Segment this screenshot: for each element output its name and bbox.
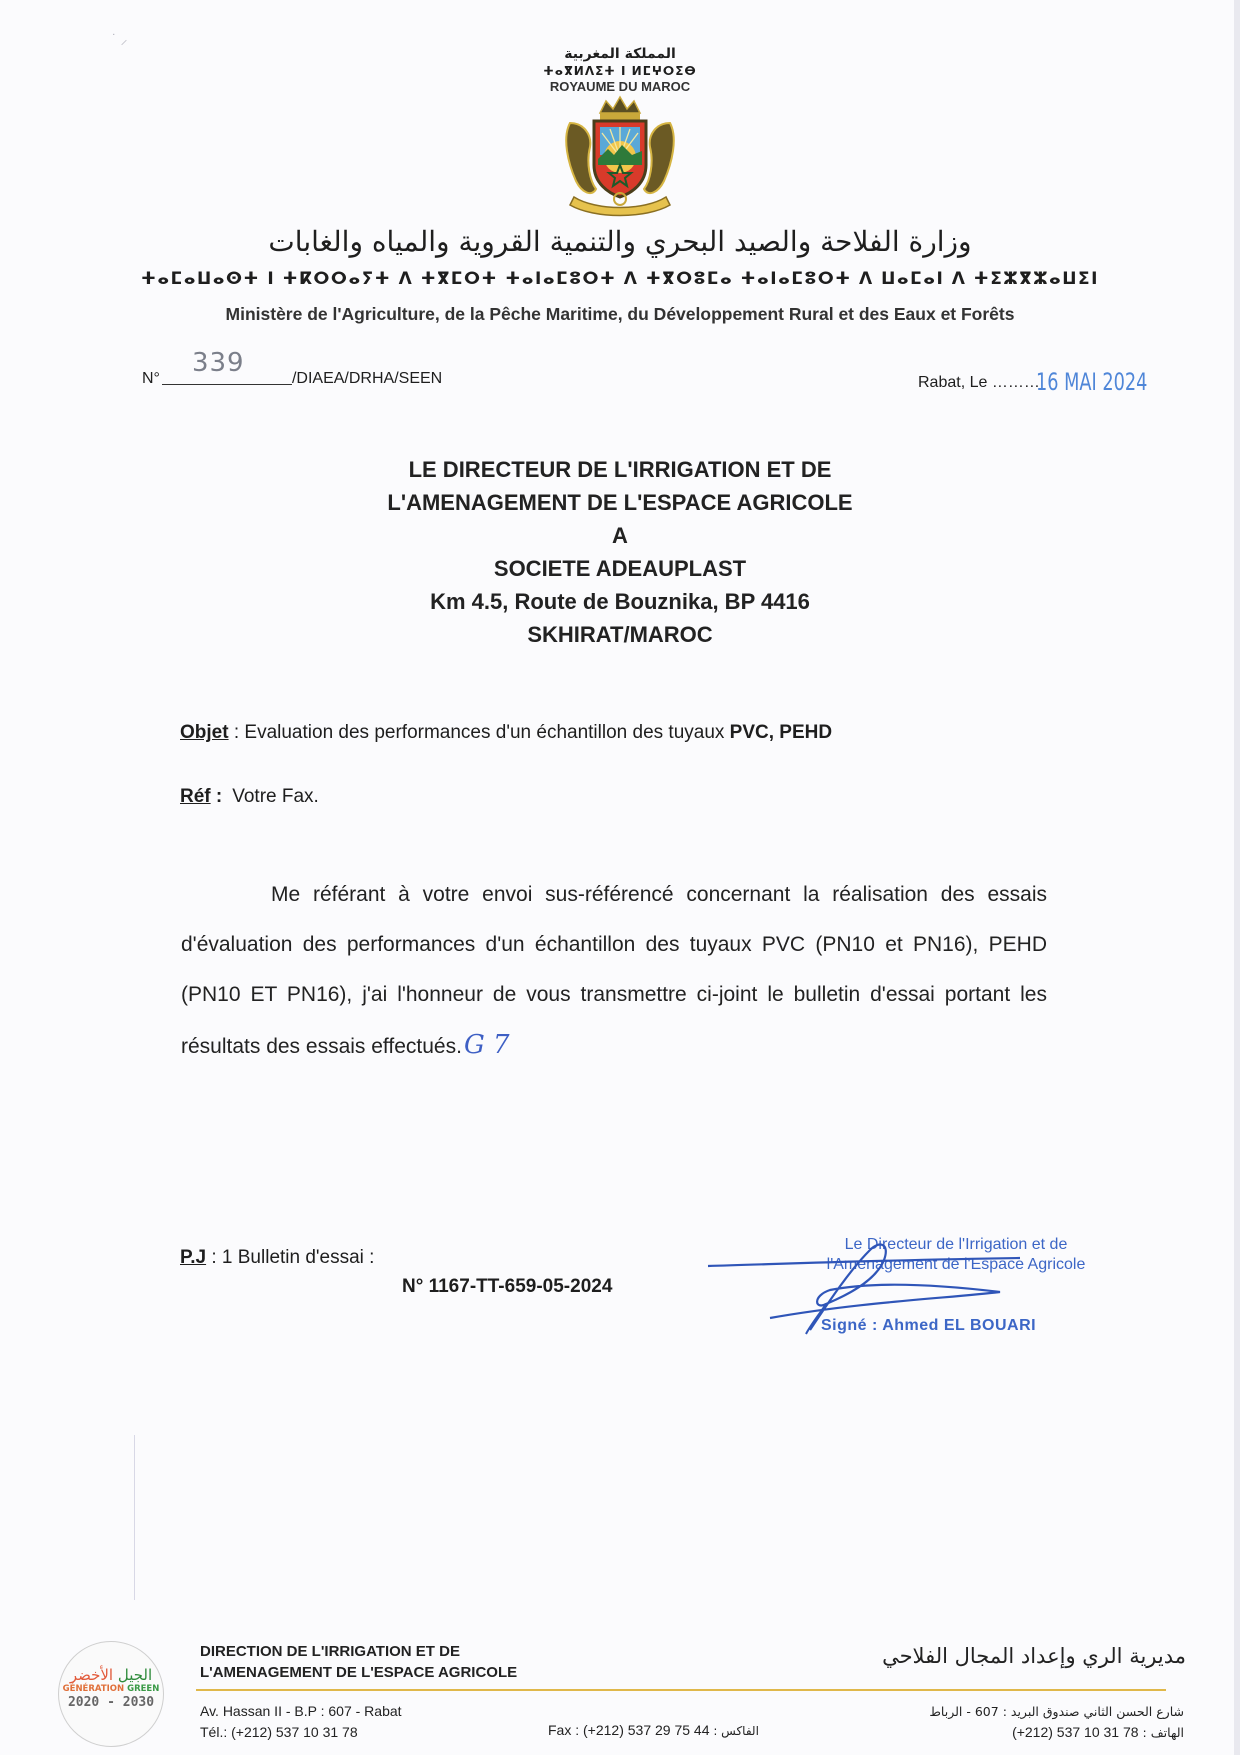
- ministry-french: Ministère de l'Agriculture, de la Pêche …: [0, 303, 1240, 325]
- ref-line: Réf :Votre Fax.: [180, 786, 319, 808]
- logo-generation: GÉNÉRATION: [63, 1684, 127, 1694]
- letter-body: Me référant à votre envoi sus-référencé …: [181, 870, 1047, 1072]
- attachment-line: P.J : 1 Bulletin d'essai :: [180, 1247, 374, 1269]
- addressee-line: LE DIRECTEUR DE L'IRRIGATION ET DE: [0, 453, 1240, 486]
- reference-handwritten-number: 339: [192, 348, 245, 378]
- subject-separator: :: [229, 722, 245, 743]
- footer-title-line: L'AMENAGEMENT DE L'ESPACE AGRICOLE: [200, 1662, 517, 1683]
- subject-bold-text: PVC, PEHD: [730, 722, 832, 743]
- kingdom-header: المملكة المغربية ⵜⴰⴳⵍⴷⵉⵜ ⵏ ⵍⵎⵖⵔⵉⴱ ROYAUM…: [0, 46, 1240, 95]
- logo-arabic-red: الأخضر: [70, 1666, 113, 1684]
- footer-title-line: DIRECTION DE L'IRRIGATION ET DE: [200, 1641, 517, 1662]
- footer-telephone-arabic-number: (+212) 537 10 31 78: [1012, 1724, 1139, 1740]
- moroccan-coat-of-arms-icon: [556, 93, 684, 221]
- footer-telephone-arabic-label: الهاتف :: [1139, 1725, 1184, 1740]
- addressee-line: SKHIRAT/MAROC: [0, 618, 1240, 651]
- footer-telephone-arabic: الهاتف : (+212) 537 10 31 78: [820, 1722, 1184, 1743]
- footer-address-arabic: شارع الحسن الثاني صندوق البريد : 607 - ا…: [820, 1701, 1184, 1743]
- reference-blank: 339: [162, 368, 292, 385]
- subject-line: Objet : Evaluation des performances d'un…: [180, 722, 832, 744]
- addressee-line: SOCIETE ADEAUPLAST: [0, 552, 1240, 585]
- generation-green-logo: الجيل الأخضر GÉNÉRATION GREEN 2020 - 203…: [58, 1641, 164, 1747]
- footer-divider: [196, 1689, 1166, 1691]
- scan-artifact-line: [134, 1435, 135, 1600]
- subject-label: Objet: [180, 722, 229, 743]
- logo-generation-green: GÉNÉRATION GREEN: [59, 1684, 163, 1695]
- logo-arabic-green: الجيل: [113, 1666, 152, 1684]
- attachment-label: P.J: [180, 1247, 206, 1268]
- footer-direction-title: DIRECTION DE L'IRRIGATION ET DE L'AMENAG…: [200, 1641, 517, 1683]
- date-stamp: 16 MAI 2024: [1036, 368, 1147, 396]
- ministry-arabic: وزارة الفلاحة والصيد البحري والتنمية الق…: [0, 224, 1240, 260]
- signature-block: Le Directeur de l'Irrigation et de l'Amé…: [700, 1230, 1100, 1350]
- footer-fax-arabic-label: : الفاكس: [710, 1724, 759, 1738]
- body-paragraph: Me référant à votre envoi sus-référencé …: [181, 883, 1047, 1058]
- date-prefix: Rabat, Le ………: [918, 374, 1040, 391]
- attachment-text: : 1 Bulletin d'essai :: [206, 1247, 374, 1268]
- kingdom-arabic: المملكة المغربية: [0, 46, 1240, 63]
- scan-edge: [1234, 0, 1240, 1755]
- footer-fax: Fax : (+212) 537 29 75 44 : الفاكس: [548, 1722, 759, 1738]
- attachment-number: N° 1167-TT-659-05-2024: [402, 1276, 612, 1298]
- footer-telephone: Tél.: (+212) 537 10 31 78: [200, 1722, 402, 1743]
- addressee-block: LE DIRECTEUR DE L'IRRIGATION ET DE L'AME…: [0, 453, 1240, 651]
- addressee-line: A: [0, 519, 1240, 552]
- logo-years: 2020 - 2030: [59, 1695, 163, 1711]
- addressee-line: L'AMENAGEMENT DE L'ESPACE AGRICOLE: [0, 486, 1240, 519]
- ref-label: Réf: [180, 786, 211, 807]
- footer-address-line: Av. Hassan II - B.P : 607 - Rabat: [200, 1701, 402, 1722]
- subject-text: Evaluation des performances d'un échanti…: [244, 722, 729, 743]
- logo-arabic: الجيل الأخضر: [59, 1666, 163, 1684]
- kingdom-tifinagh: ⵜⴰⴳⵍⴷⵉⵜ ⵏ ⵍⵎⵖⵔⵉⴱ: [0, 63, 1240, 79]
- reference-number: N°339/DIAEA/DRHA/SEEN: [142, 368, 442, 388]
- date-line: Rabat, Le ………16 MAI 2024: [918, 368, 1172, 396]
- logo-green: GREEN: [127, 1684, 159, 1694]
- footer-direction-title-arabic: مديرية الري وإعداد المجال الفلاحي: [870, 1644, 1186, 1668]
- signatory-name: Signé : Ahmed EL BOUARI: [821, 1317, 1036, 1335]
- ref-separator: :: [211, 786, 223, 807]
- ministry-tifinagh: ⵜⴰⵎⴰⵡⴰⵙⵜ ⵏ ⵜⴽⵔⵔⴰⵢⵜ ⴷ ⵜⴳⵎⵔⵜ ⵜⴰⵏⴰⵎⵓⵔⵜ ⴷ ⵜⴳ…: [0, 268, 1240, 290]
- handwritten-initials: G 7: [464, 1030, 510, 1060]
- footer-fax-number: Fax : (+212) 537 29 75 44: [548, 1722, 710, 1738]
- ref-value: Votre Fax.: [232, 786, 319, 807]
- reference-suffix: /DIAEA/DRHA/SEEN: [292, 370, 442, 387]
- footer-address-arabic-line: شارع الحسن الثاني صندوق البريد : 607 - ا…: [820, 1701, 1184, 1722]
- reference-prefix: N°: [142, 370, 160, 387]
- addressee-line: Km 4.5, Route de Bouznika, BP 4416: [0, 585, 1240, 618]
- footer-address: Av. Hassan II - B.P : 607 - Rabat Tél.: …: [200, 1701, 402, 1743]
